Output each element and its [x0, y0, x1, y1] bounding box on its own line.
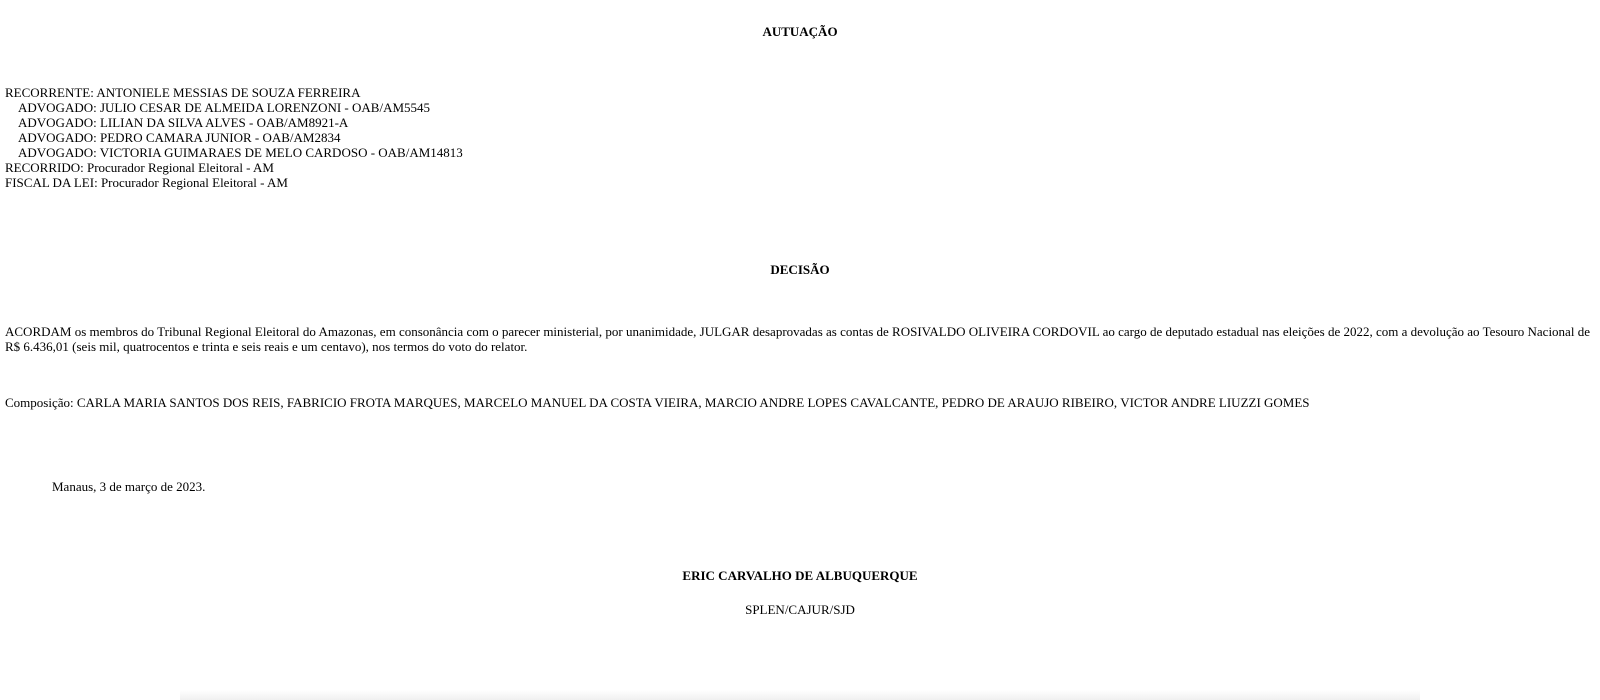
fiscal-line: FISCAL DA LEI: Procurador Regional Eleit…	[5, 175, 288, 190]
place-date: Manaus, 3 de março de 2023.	[52, 479, 205, 494]
advogado-line: ADVOGADO: JULIO CESAR DE ALMEIDA LORENZO…	[5, 100, 430, 115]
advogado-line: ADVOGADO: PEDRO CAMARA JUNIOR - OAB/AM28…	[5, 130, 341, 145]
recorrente-line: RECORRENTE: ANTONIELE MESSIAS DE SOUZA F…	[5, 85, 360, 100]
decisao-heading: DECISÃO	[0, 262, 1600, 277]
signatory-name: ERIC CARVALHO DE ALBUQUERQUE	[0, 568, 1600, 583]
signatory-unit: SPLEN/CAJUR/SJD	[0, 602, 1600, 617]
advogado-line: ADVOGADO: LILIAN DA SILVA ALVES - OAB/AM…	[5, 115, 348, 130]
composicao-line: Composição: CARLA MARIA SANTOS DOS REIS,…	[5, 395, 1310, 410]
page-bottom-shadow	[180, 690, 1420, 700]
autuacao-heading: AUTUAÇÃO	[0, 24, 1600, 39]
decision-text: ACORDAM os membros do Tribunal Regional …	[5, 324, 1595, 354]
recorrido-line: RECORRIDO: Procurador Regional Eleitoral…	[5, 160, 274, 175]
advogado-line: ADVOGADO: VICTORIA GUIMARAES DE MELO CAR…	[5, 145, 463, 160]
